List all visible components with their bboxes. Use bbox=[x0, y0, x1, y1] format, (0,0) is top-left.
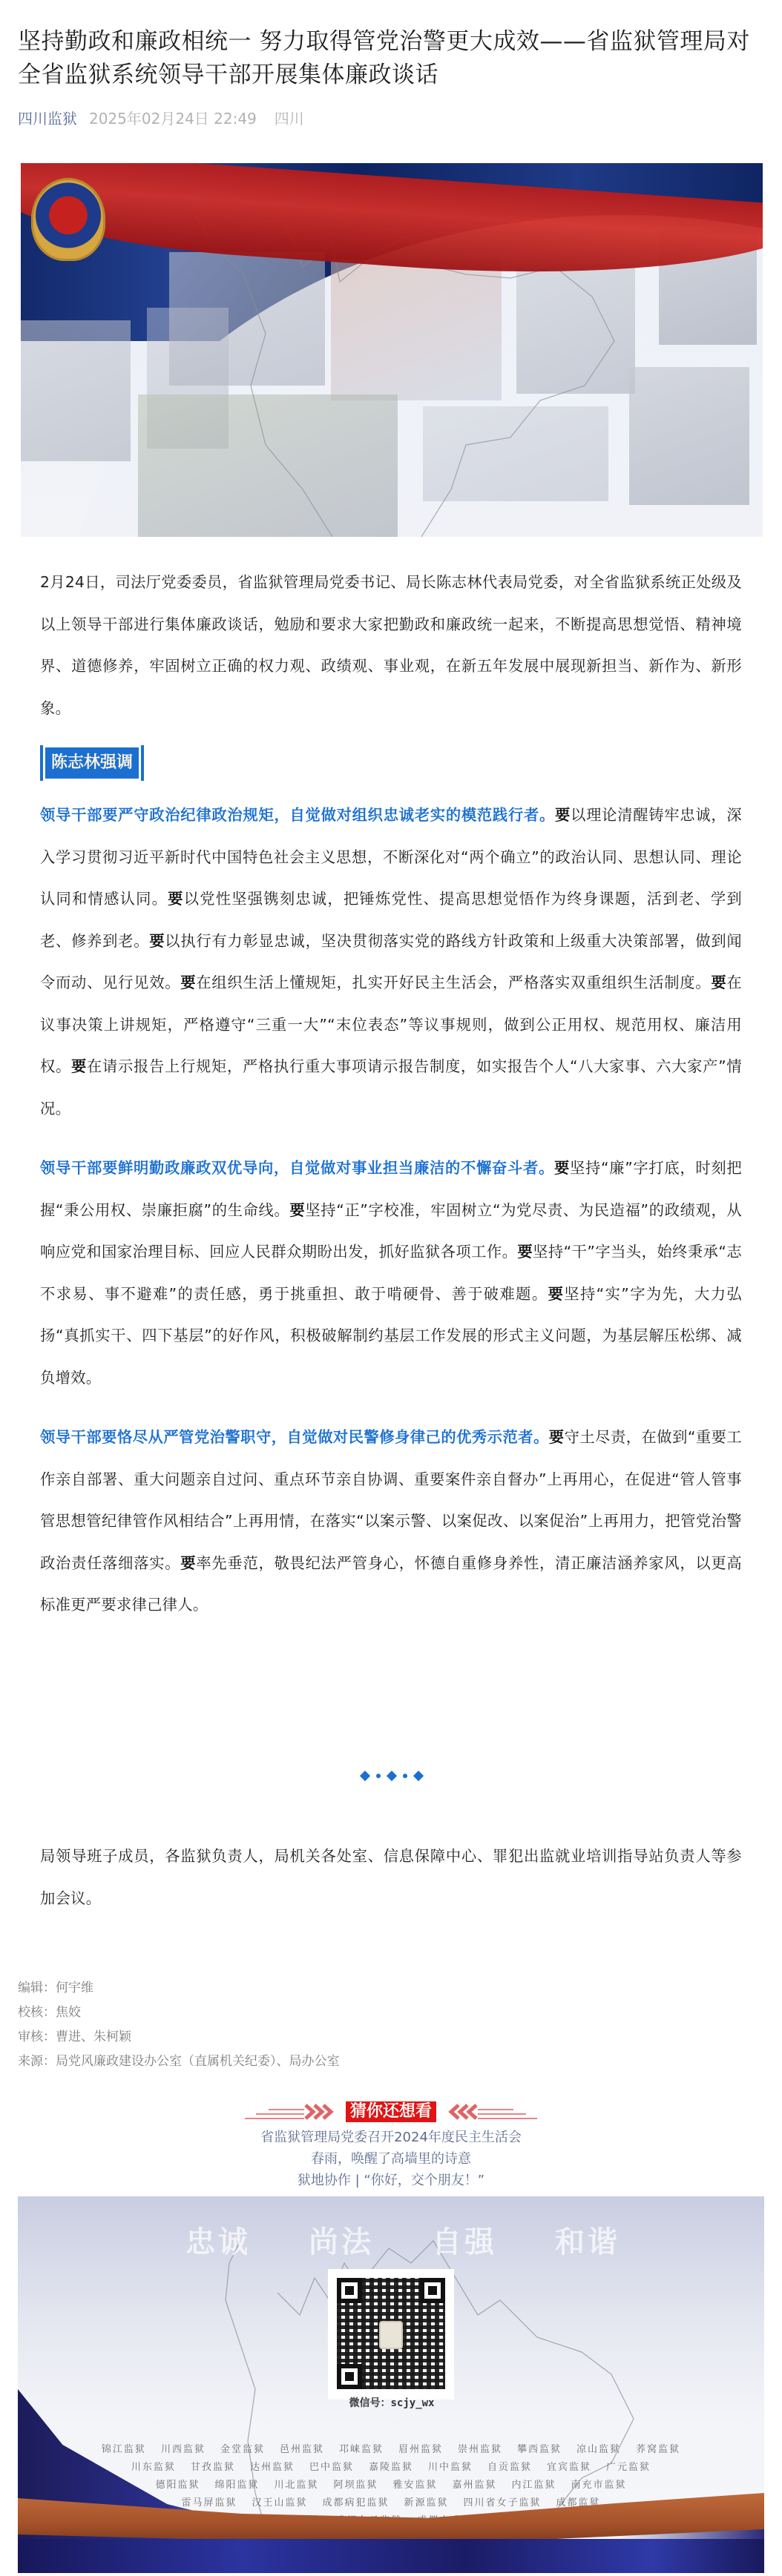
prison-name: 邑州监狱 bbox=[280, 2444, 324, 2455]
article-body: 2月24日，司法厅党委委员，省监狱管理局党委书记、局长陈志林代表局党委，对全省监… bbox=[40, 561, 742, 1626]
prison-name: 邛崃监狱 bbox=[339, 2444, 384, 2455]
prison-name: 德阳监狱 bbox=[155, 2480, 200, 2491]
account-name-link[interactable]: 四川监狱 bbox=[18, 107, 77, 128]
recommend-link[interactable]: 狱地协作 | “你好，交个朋友！” bbox=[0, 2170, 782, 2191]
slogan: 自强 bbox=[432, 2219, 497, 2261]
prison-name: 嘉州监狱 bbox=[453, 2480, 497, 2491]
keyword: 要 bbox=[555, 806, 571, 824]
point-paragraph-3: 领导干部要恪尽从严管党治警职守，自觉做对民警修身律己的优秀示范者。要守土尽责，在… bbox=[40, 1416, 742, 1626]
prison-name: 崇州监狱 bbox=[458, 2444, 502, 2455]
prison-name: 广元监狱 bbox=[606, 2462, 651, 2473]
prison-name: 雅安监狱 bbox=[393, 2480, 438, 2491]
dot-icon bbox=[376, 1774, 381, 1778]
publish-time: 2025年02月24日 22:49 bbox=[89, 107, 257, 128]
credit-label: 校核： bbox=[18, 2005, 56, 2020]
keyword: 要 bbox=[711, 974, 726, 991]
keyword: 要 bbox=[549, 1428, 565, 1446]
prison-name: 荞窝监狱 bbox=[636, 2444, 680, 2455]
prison-row: 川东监狱甘孜监狱达州监狱巴中监狱嘉陵监狱川中监狱自贡监狱宜宾监狱广元监狱 bbox=[18, 2459, 764, 2477]
slogan: 尚法 bbox=[309, 2219, 374, 2261]
prison-name: 嘉陵监狱 bbox=[369, 2462, 413, 2473]
prison-name: 新源监狱 bbox=[404, 2497, 449, 2509]
keyword: 要 bbox=[71, 1057, 87, 1075]
credit-value: 何宇维 bbox=[56, 1981, 93, 1995]
point-paragraph-1: 领导干部要严守政治纪律政治规矩，自觉做对组织忠诚老实的模范践行者。要以理论清醒铸… bbox=[40, 794, 742, 1129]
prison-name: 川东监狱 bbox=[131, 2462, 176, 2473]
point-lead: 领导干部要严守政治纪律政治规矩，自觉做对组织忠诚老实的模范践行者。 bbox=[40, 806, 555, 824]
prison-name: 眉州监狱 bbox=[398, 2444, 443, 2455]
prison-name: 南充市监狱 bbox=[571, 2480, 627, 2491]
keyword: 要 bbox=[548, 1285, 565, 1303]
prison-name: 四川省女子监狱 bbox=[464, 2497, 542, 2509]
section-badge: 陈志林强调 bbox=[40, 745, 144, 781]
article-title: 坚持勤政和廉政相统一 努力取得管党治警更大成效——省监狱管理局对全省监狱系统领导… bbox=[0, 0, 782, 92]
point-text: 在请示报告上行规矩，严格执行重大事项请示报告制度，如实报告个人“八大家事、六大家… bbox=[40, 1057, 742, 1117]
keyword: 要 bbox=[180, 1554, 196, 1572]
keyword: 要 bbox=[517, 1243, 533, 1261]
prison-name: 巴中监狱 bbox=[309, 2462, 354, 2473]
point-paragraph-2: 领导干部要鲜明勤政廉政双优导向，自觉做对事业担当廉洁的不懈奋斗者。要坚持“廉”字… bbox=[40, 1147, 742, 1398]
recommend-link[interactable]: 省监狱管理局党委召开2024年度民主生活会 bbox=[0, 2127, 782, 2148]
police-emblem-icon bbox=[31, 178, 105, 261]
credit-label: 来源： bbox=[18, 2054, 56, 2069]
dot-icon bbox=[403, 1774, 407, 1778]
curtain-base bbox=[18, 2539, 764, 2573]
point-text: 在组织生活上懂规矩，扎实开好民主生活会，严格落实双重组织生活制度。 bbox=[196, 974, 711, 991]
diamond-icon bbox=[360, 1771, 370, 1781]
qr-finder-icon bbox=[337, 2278, 362, 2303]
article-meta: 四川监狱 2025年02月24日 22:49 四川 bbox=[0, 92, 782, 145]
footer-qr-card-image: 忠诚 尚法 自强 和谐 微信号：scjy_wx 锦江监狱川西监狱金堂监狱邑州监狱… bbox=[18, 2196, 764, 2573]
diamond-icon bbox=[413, 1771, 424, 1781]
prison-name: 川北监狱 bbox=[274, 2480, 318, 2491]
keyword: 要 bbox=[149, 932, 165, 950]
publish-region: 四川 bbox=[275, 107, 304, 128]
slogan-row: 忠诚 尚法 自强 和谐 bbox=[18, 2219, 764, 2261]
keyword: 要 bbox=[554, 1159, 570, 1177]
slogan: 和谐 bbox=[555, 2219, 620, 2261]
keyword: 要 bbox=[180, 974, 196, 991]
prison-name: 川西监狱 bbox=[161, 2444, 206, 2455]
prison-name: 达州监狱 bbox=[250, 2462, 295, 2473]
prison-name: 汉王山监狱 bbox=[252, 2497, 307, 2509]
credits-block: 编辑：何宇维 校核：焦姣 审核：曹进、朱柯颖 来源：局党风廉政建设办公室（直属机… bbox=[18, 1976, 340, 2074]
closing-paragraph: 局领导班子成员，各监狱负责人，局机关各处室、信息保障中心、罪犯出监就业培训指导站… bbox=[40, 1835, 742, 1919]
recommend-heading: 猜你还想看 bbox=[346, 2101, 436, 2122]
chevron-right-decoration-icon bbox=[245, 2102, 334, 2121]
credit-editor: 编辑：何宇维 bbox=[18, 1976, 340, 2001]
slogan: 忠诚 bbox=[185, 2219, 251, 2261]
point-text: 守土尽责，在做到“重要工作亲自部署、重大问题亲自过问、重点环节亲自协调、重要案件… bbox=[40, 1428, 742, 1572]
prison-name: 锦江监狱 bbox=[102, 2444, 146, 2455]
prison-name: 雷马屏监狱 bbox=[181, 2497, 237, 2509]
article-page: 坚持勤政和廉政相统一 努力取得管党治警更大成效——省监狱管理局对全省监狱系统领导… bbox=[0, 0, 782, 2576]
credit-label: 编辑： bbox=[18, 1981, 56, 1995]
prison-name: 成都病犯监狱 bbox=[322, 2497, 389, 2509]
chevron-left-decoration-icon bbox=[448, 2102, 537, 2121]
credit-value: 曹进、朱柯颖 bbox=[56, 2030, 131, 2044]
credit-proofreader: 校核：焦姣 bbox=[18, 2001, 340, 2025]
qr-logo-icon bbox=[379, 2321, 403, 2349]
credit-label: 审核： bbox=[18, 2030, 56, 2044]
prison-name: 宜宾监狱 bbox=[547, 2462, 591, 2473]
banner-image bbox=[21, 163, 763, 537]
prison-name: 凉山监狱 bbox=[576, 2444, 621, 2455]
recommend-list: 省监狱管理局党委召开2024年度民主生活会 春雨，唤醒了高墙里的诗意 狱地协作 … bbox=[0, 2127, 782, 2191]
prison-name: 甘孜监狱 bbox=[191, 2462, 235, 2473]
prison-name: 川中监狱 bbox=[428, 2462, 473, 2473]
prison-name: 阿坝监狱 bbox=[333, 2480, 378, 2491]
diamond-icon bbox=[387, 1771, 397, 1781]
credit-value: 焦姣 bbox=[56, 2005, 81, 2020]
section-badge-label: 陈志林强调 bbox=[45, 747, 139, 779]
prison-name: 内江监狱 bbox=[512, 2480, 556, 2491]
recommend-link[interactable]: 春雨，唤醒了高墙里的诗意 bbox=[0, 2148, 782, 2170]
point-lead: 领导干部要鲜明勤政廉政双优导向，自觉做对事业担当廉洁的不懈奋斗者。 bbox=[40, 1159, 554, 1177]
credit-source: 来源：局党风廉政建设办公室（直属机关纪委）、局办公室 bbox=[18, 2050, 340, 2074]
badge-bar-left bbox=[40, 745, 43, 781]
intro-paragraph: 2月24日，司法厅党委委员，省监狱管理局党委书记、局长陈志林代表局党委，对全省监… bbox=[40, 561, 742, 729]
keyword: 要 bbox=[168, 890, 184, 908]
wechat-id: 微信号：scjy_wx bbox=[18, 2395, 764, 2410]
prison-name: 攀西监狱 bbox=[517, 2444, 562, 2455]
qr-finder-icon bbox=[420, 2278, 445, 2303]
prison-row: 德阳监狱绵阳监狱川北监狱阿坝监狱雅安监狱嘉州监狱内江监狱南充市监狱 bbox=[18, 2477, 764, 2494]
point-lead: 领导干部要恪尽从严管党治警职守，自觉做对民警修身律己的优秀示范者。 bbox=[40, 1428, 549, 1446]
prison-name: 自贡监狱 bbox=[487, 2462, 532, 2473]
badge-bar-right bbox=[141, 745, 144, 781]
prison-name: 金堂监狱 bbox=[220, 2444, 265, 2455]
recommend-header: 猜你还想看 bbox=[0, 2101, 782, 2122]
credit-reviewer: 审核：曹进、朱柯颖 bbox=[18, 2025, 340, 2050]
prison-name: 绵阳监狱 bbox=[214, 2480, 259, 2491]
prison-row: 锦江监狱川西监狱金堂监狱邑州监狱邛崃监狱眉州监狱崇州监狱攀西监狱凉山监狱荞窝监狱 bbox=[18, 2441, 764, 2459]
keyword: 要 bbox=[289, 1201, 305, 1219]
diamond-dot-divider-icon bbox=[0, 1772, 782, 1780]
credit-value: 局党风廉政建设办公室（直属机关纪委）、局办公室 bbox=[56, 2054, 340, 2069]
qr-finder-icon bbox=[337, 2364, 362, 2389]
